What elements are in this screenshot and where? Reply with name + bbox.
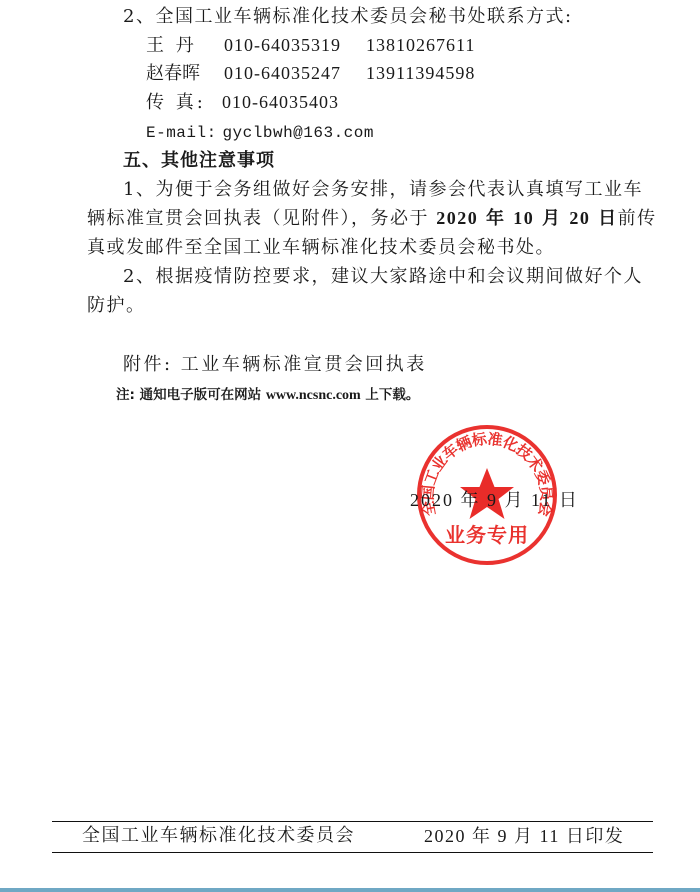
email-value[interactable]: gyclbwh@163.com xyxy=(222,124,374,142)
footer-top-rule xyxy=(52,821,653,822)
contact-tel: 010-64035247 xyxy=(224,59,366,88)
year-char: 年 xyxy=(478,208,513,229)
contact-mobile: 13911394598 xyxy=(366,59,475,88)
deadline-month: 10 xyxy=(513,208,534,228)
item1-line2: 辆标准宣贯会回执表（见附件），务必于 2020 年 10 月 20 日前传 xyxy=(87,204,657,233)
item1-line2-pre: 辆标准宣贯会回执表（见附件），务必于 xyxy=(87,208,436,229)
footer-bottom-rule xyxy=(52,852,653,853)
contact-row-wang-dan: 王 丹010-6403531913810267611 xyxy=(146,31,475,60)
fax-label: 传 真: xyxy=(146,88,222,117)
contact-name: 王 丹 xyxy=(146,31,224,60)
item1-line3: 真或发邮件至全国工业车辆标准化技术委员会秘书处。 xyxy=(87,233,555,262)
deadline-year: 2020 xyxy=(436,208,478,228)
page-bottom-border xyxy=(0,888,700,892)
contact-name: 赵春晖 xyxy=(146,59,224,88)
note-prefix: 注: 通知电子版可在网站 xyxy=(116,387,266,403)
item1-line2-post: 前传 xyxy=(618,208,657,229)
contact-row-fax: 传 真:010-64035403 xyxy=(146,88,364,117)
contact-row-zhao-chunhui: 赵春晖010-6403524713911394598 xyxy=(146,59,475,88)
item1-line1: 1、为便于会务组做好会务安排，请参会代表认真填写工业车 xyxy=(123,175,643,204)
month-char: 月 xyxy=(534,208,569,229)
footer-issue-date: 2020 年 9 月 11 日印发 xyxy=(424,824,624,848)
item2-line2: 防护。 xyxy=(87,291,146,320)
day-char: 日 xyxy=(590,208,617,229)
footer-issuer: 全国工业车辆标准化技术委员会 xyxy=(82,824,355,848)
signature-date: 2020 年 9 月 11 日 xyxy=(410,488,579,512)
contact-tel: 010-64035319 xyxy=(224,31,366,60)
contact-row-email: E-mail: gyclbwh@163.com xyxy=(146,117,374,148)
section-heading: 五、其他注意事项 xyxy=(123,146,275,175)
website-link[interactable]: www.ncsnc.com xyxy=(266,388,361,403)
deadline-day: 20 xyxy=(569,208,590,228)
attachment-line: 附件: 工业车辆标准宣贯会回执表 xyxy=(123,350,427,379)
download-note: 注: 通知电子版可在网站 www.ncsnc.com 上下载。 xyxy=(116,384,419,407)
fax-value: 010-64035403 xyxy=(222,88,364,117)
contact-mobile: 13810267611 xyxy=(366,31,475,60)
contact-intro: 2、全国工业车辆标准化技术委员会秘书处联系方式: xyxy=(123,2,573,31)
seal-inner-text: 业务专用 xyxy=(445,523,529,547)
note-suffix: 上下载。 xyxy=(361,387,420,403)
email-label: E-mail: xyxy=(146,124,217,142)
item2-line1: 2、根据疫情防控要求，建议大家路途中和会议期间做好个人 xyxy=(123,262,643,291)
